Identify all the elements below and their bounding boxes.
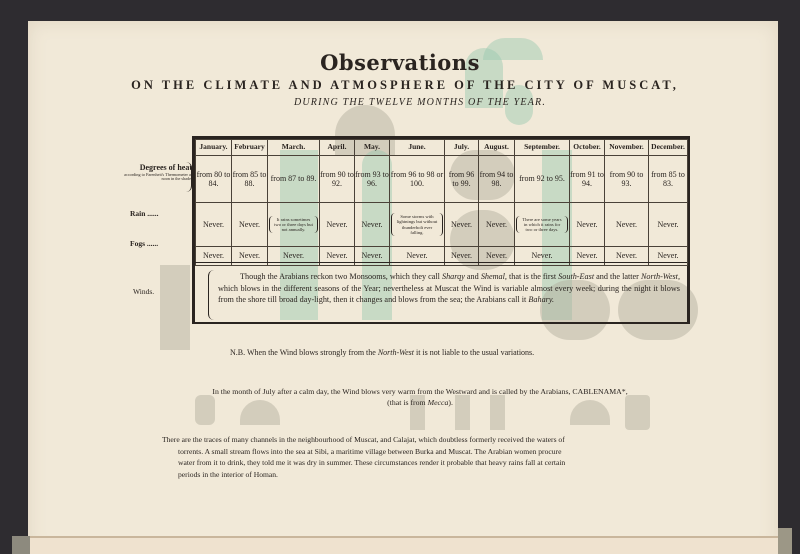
traces-line: There are the traces of many channels in…	[162, 434, 692, 446]
winds-text: and the latter	[594, 272, 641, 281]
heat-label-main: Degrees of heat	[140, 163, 192, 172]
nb-term: North-West	[378, 348, 414, 357]
heat-cell: from 96 to 98 or 100.	[390, 156, 445, 203]
rain-note: Some storms with lightnings but without …	[391, 213, 442, 236]
book-corner-left	[12, 536, 30, 554]
row-label-winds: Winds.	[133, 287, 154, 296]
traces-line: water from it to drink, they told me it …	[162, 457, 692, 469]
month-header: December.	[649, 140, 688, 156]
nb-text: N.B. When the Wind blows strongly from t…	[230, 348, 378, 357]
month-header: August.	[479, 140, 515, 156]
page-title: Observations	[0, 50, 800, 75]
winds-text: and	[465, 272, 481, 281]
rain-cell: Never.	[232, 203, 268, 247]
month-header: February	[232, 140, 268, 156]
nb-note: N.B. When the Wind blows strongly from t…	[230, 348, 534, 357]
winds-term: South-East	[558, 272, 594, 281]
month-header: October.	[570, 140, 605, 156]
page-subtitle: ON THE CLIMATE AND ATMOSPHERE OF THE CIT…	[0, 78, 800, 93]
rain-cell: There are some years in which it rains f…	[515, 203, 570, 247]
month-header: June.	[390, 140, 445, 156]
traces-line: torrents. A small stream flows into the …	[162, 446, 692, 458]
heat-cell: from 93 to 96.	[355, 156, 390, 203]
month-header: January.	[196, 140, 232, 156]
rain-cell: Never.	[605, 203, 649, 247]
heat-cell: from 96 to 99.	[445, 156, 479, 203]
rain-cell: It rains sometimes two or three days but…	[268, 203, 320, 247]
heat-cell: from 91 to 94.	[570, 156, 605, 203]
winds-text: which blows in the different seasons of …	[218, 284, 680, 305]
heat-cell: from 90 to 92.	[320, 156, 355, 203]
table-header-row: January.FebruaryMarch.April.May.June.Jul…	[196, 140, 688, 156]
rain-cell: Never.	[355, 203, 390, 247]
rain-cell: Never.	[649, 203, 688, 247]
month-header: November.	[605, 140, 649, 156]
heat-cell: from 87 to 89.	[268, 156, 320, 203]
winds-text: Though the Arabians reckon two Monsooms,…	[240, 272, 442, 281]
winds-term: Sharqy	[442, 272, 465, 281]
rain-cell: Never.	[320, 203, 355, 247]
july-text: ).	[448, 398, 453, 407]
winds-text: that is the first	[507, 272, 558, 281]
rain-cell: Some storms with lightnings but without …	[390, 203, 445, 247]
row-label-rain: Rain ......	[130, 209, 186, 218]
heat-cell: from 94 to 98.	[479, 156, 515, 203]
heat-cell: from 80 to 84.	[196, 156, 232, 203]
rain-cell: Never.	[570, 203, 605, 247]
brace-icon	[208, 270, 215, 320]
july-term: Mecca	[428, 398, 449, 407]
july-line: In the month of July after a calm day, t…	[160, 386, 680, 397]
page-fold	[28, 538, 778, 554]
heat-cell: from 92 to 95.	[515, 156, 570, 203]
row-label-fogs: Fogs ......	[130, 239, 186, 248]
month-header: April.	[320, 140, 355, 156]
month-header: July.	[445, 140, 479, 156]
winds-term: Bahary.	[528, 295, 554, 304]
rain-cell: Never.	[479, 203, 515, 247]
traces-paragraph: There are the traces of many channels in…	[162, 434, 692, 480]
winds-term: North-West,	[641, 272, 680, 281]
observations-table: January.FebruaryMarch.April.May.June.Jul…	[195, 139, 688, 266]
table-row-rain: Never.Never.It rains sometimes two or th…	[196, 203, 688, 247]
month-header: September.	[515, 140, 570, 156]
nb-text: it is not liable to the usual variations…	[414, 348, 534, 357]
row-label-heat: Degrees of heat according to Farenheit's…	[120, 163, 192, 181]
july-line: (that is from Mecca).	[160, 397, 680, 408]
rain-cell: Never.	[196, 203, 232, 247]
july-text: (that is from	[387, 398, 428, 407]
rain-cell: Never.	[445, 203, 479, 247]
winds-description: Though the Arabians reckon two Monsooms,…	[218, 271, 680, 306]
heat-cell: from 85 to 83.	[649, 156, 688, 203]
heat-label-detail: according to Farenheit's Thermometer at …	[120, 173, 192, 181]
winds-term: Shemal,	[481, 272, 507, 281]
heat-cell: from 85 to 88.	[232, 156, 268, 203]
book-corner-right	[778, 528, 792, 554]
rain-note: There are some years in which it rains f…	[516, 216, 567, 234]
traces-line: periods in the interior of Homan.	[162, 469, 692, 481]
rain-note: It rains sometimes two or three days but…	[269, 216, 318, 234]
heat-cell: from 90 to 93.	[605, 156, 649, 203]
month-header: March.	[268, 140, 320, 156]
table-row-heat: from 80 to 84.from 85 to 88.from 87 to 8…	[196, 156, 688, 203]
month-header: May.	[355, 140, 390, 156]
july-paragraph: In the month of July after a calm day, t…	[160, 386, 680, 408]
page-subtitle-italic: DURING THE TWELVE MONTHS OF THE YEAR.	[0, 97, 800, 108]
